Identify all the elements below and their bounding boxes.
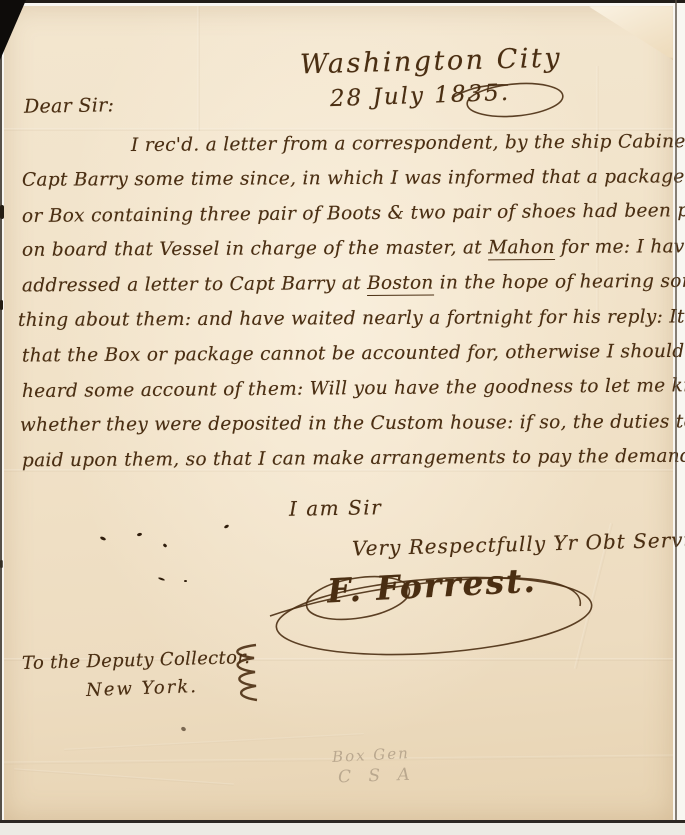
ink-spatter (184, 580, 187, 582)
date-flourish (450, 76, 570, 124)
body-segment: in the hope of hearing some- (434, 271, 685, 294)
underlined-word-mahon: Mahon (488, 237, 555, 260)
wrinkle (64, 733, 364, 751)
body-segment: for me: I have (555, 236, 685, 258)
scan-edge-right (675, 0, 677, 822)
wrinkle (14, 768, 234, 785)
pencil-note-line-2: C S A (338, 765, 416, 788)
body-segment: on board that Vessel in charge of the ma… (22, 237, 488, 260)
scan-edge-mark (0, 560, 3, 568)
scan-edge-mark (0, 300, 3, 310)
fold-crease (197, 6, 200, 131)
scan-edge-top (0, 0, 685, 3)
address-line-2: New York. (86, 676, 199, 701)
body-line: whether they were deposited in the Custo… (20, 411, 685, 436)
scanned-letter: Washington City 28 July 1835. Dear Sir: … (0, 0, 685, 835)
fold-crease (4, 128, 673, 131)
address-squiggle (222, 642, 264, 710)
underlined-word-boston: Boston (367, 273, 434, 296)
scan-edge-mark (0, 205, 4, 219)
body-line: I rec'd. a letter from a correspondent, … (131, 131, 685, 156)
scan-bottom-strip (0, 823, 685, 835)
body-line: on board that Vessel in charge of the ma… (22, 236, 685, 261)
salutation: Dear Sir: (24, 94, 115, 118)
corner-fold (588, 6, 673, 60)
closing-line-1: I am Sir (289, 495, 383, 521)
body-line: Capt Barry some time since, in which I w… (22, 166, 685, 190)
scan-edge-left (0, 0, 2, 835)
body-line: thing about them: and have waited nearly… (18, 306, 685, 331)
body-segment: addressed a letter to Capt Barry at (22, 273, 367, 296)
